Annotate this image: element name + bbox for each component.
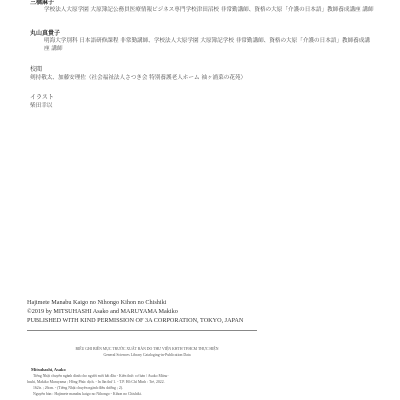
cip-line-2: hashi, Makiko Maruyama ; Hồng Phúc dịch.… xyxy=(27,380,165,384)
author-description-1: 学校法人大原学園 大原簿記公務員医療情報ビジネス専門学校津田沼校 非常勤講師、資… xyxy=(44,6,374,14)
colophon-page: 三橋麻子 学校法人大原学園 大原簿記公務員医療情報ビジネス専門学校津田沼校 非常… xyxy=(0,0,400,400)
illustration-label: イラスト xyxy=(30,92,54,101)
divider-rule xyxy=(27,330,257,331)
cip-author: Mitsuhashi, Asako xyxy=(31,367,66,372)
cip-line-4: Nguyên bản : Hajimete manabu kaigo no Ni… xyxy=(33,392,142,396)
author-name-2: 丸山真貴子 xyxy=(30,28,60,37)
proofreading-value: 剣持敬太、加藤安理佐（社会福祉法人さつき会 特別養護老人ホーム 袖ヶ浦菜の花苑） xyxy=(30,73,246,81)
cip-line-3: 162tr. ; 26cm. - (Tiếng Nhật chuyên ngàn… xyxy=(33,386,123,390)
author-description-2: 明海大学別科 日本語研修課程 非常勤講師、学校法人大原学園 大原簿記学校 非常勤… xyxy=(44,37,374,53)
copyright-block: Hajimete Manabu Kaigo no Nihongo Kihon n… xyxy=(27,298,243,325)
copyright-line: ©2019 by MITSUHASHI Asako and MARUYAMA M… xyxy=(27,307,243,316)
proofreading-label: 校閲 xyxy=(30,64,42,73)
cip-header-english: General Sciences Library Cataloging-in-P… xyxy=(27,353,267,357)
original-title: Hajimete Manabu Kaigo no Nihongo Kihon n… xyxy=(27,298,243,307)
illustration-value: 柴田幸以 xyxy=(30,101,52,109)
cip-line-1: Tiếng Nhật chuyên ngành dành cho người m… xyxy=(33,374,169,378)
cip-header-vietnamese: BIỂU GHI BIÊN MỤC TRƯỚC XUẤT BẢN DO THƯ … xyxy=(27,347,267,351)
permission-line: PUBLISHED WITH KIND PERMISSION OF 3A COR… xyxy=(27,316,243,325)
